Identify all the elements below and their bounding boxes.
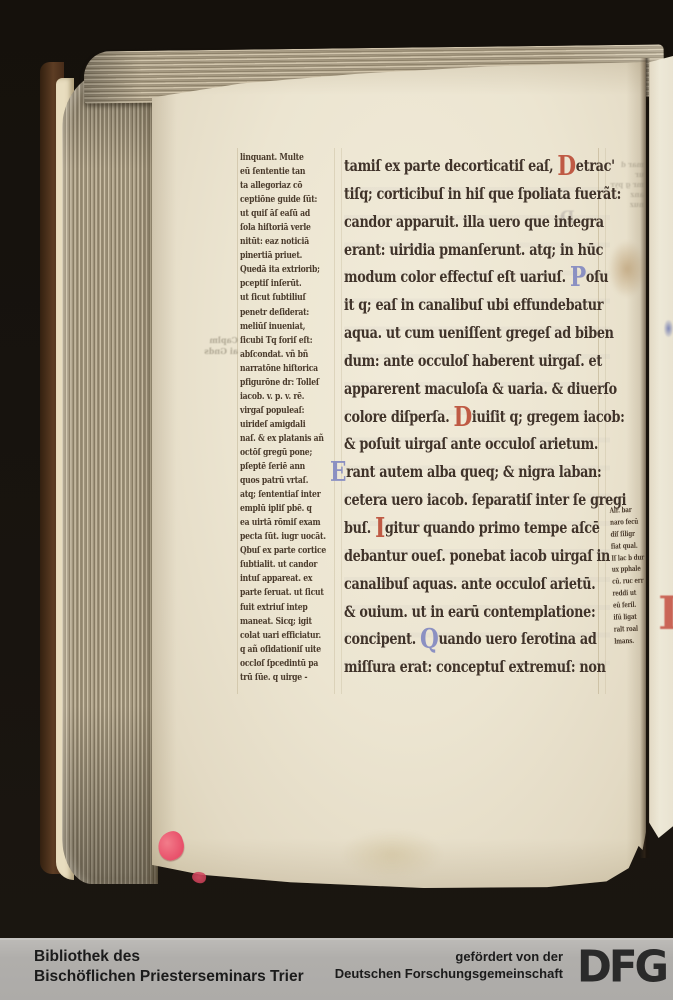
funding-credit-line2: Deutschen Forschungsgemeinschaft xyxy=(335,966,563,983)
gloss-line: emplū ipliſ pbē. q xyxy=(240,503,317,517)
gloss-line: fiat qual. xyxy=(611,540,641,553)
gloss-line: atq; ſententiaſ inter xyxy=(240,489,317,503)
gloss-line: fuit extriuſ intep xyxy=(240,602,317,616)
main-text-column: tamiſ ex parte decorticatiſ eaſ, Detrac'… xyxy=(344,156,614,685)
library-credit-line2: Bischöflichen Priesterseminars Trier xyxy=(34,967,304,987)
gloss-line: ralt roal xyxy=(614,624,644,637)
main-text-line: & ouium. ut in earū contemplatione: xyxy=(344,602,560,630)
text-segment: colore diſperſa. xyxy=(344,407,454,426)
gloss-line: ta allegoriaz cō xyxy=(240,180,317,194)
text-segment: buſ. xyxy=(344,518,375,537)
main-text-line: apparerent maculoſa & uaria. & diuerſo xyxy=(344,379,560,407)
showthrough-line: mar d ur xyxy=(610,160,644,180)
gloss-line: iacob. v. p. v. rē. xyxy=(240,391,317,405)
gloss-line: abſcondat. vñ bñ xyxy=(240,349,317,363)
blue-initial: E xyxy=(330,457,346,488)
gloss-line: iſū ligat xyxy=(613,612,643,625)
gloss-line: ſicubi Tq foriſ eſt: xyxy=(240,335,317,349)
gloss-line: colat uari efficiatur. xyxy=(240,630,317,644)
main-text-line: dum: ante occuloſ haberent uirgaſ. et xyxy=(344,351,560,379)
gloss-line: Quedā ita extriorib; xyxy=(240,264,317,278)
credit-banner: Bibliothek des Bischöflichen Priestersem… xyxy=(0,938,673,1000)
gloss-line: nitūt: eaz noticiā xyxy=(240,236,317,250)
main-text-line: buſ. Igitur quando primo tempe aſcē xyxy=(344,518,560,546)
page-stack-fore-edge xyxy=(62,72,158,884)
gloss-line: lmans. xyxy=(614,635,644,648)
gloss-line: pſeptē ſeriē ann xyxy=(240,461,317,475)
gloss-line: trū ſūe. q uirge - xyxy=(240,672,317,686)
blue-initial: P xyxy=(570,262,586,293)
main-text-line: & poſuit uirgaſ ante occuloſ arietum. xyxy=(344,434,560,462)
main-text-line: it q; eaſ in canalibuſ ubi effundebatur xyxy=(344,295,560,323)
gloss-line: ea uirtā rōmiſ exam xyxy=(240,517,317,531)
main-text-line: candor apparuit. illa uero que integra xyxy=(344,212,560,240)
gloss-line: uirideſ amigdali xyxy=(240,419,317,433)
ruling-line xyxy=(237,148,238,694)
gloss-line: pfigurōne dr: Tolleſ xyxy=(240,377,317,391)
main-text-line: erant: uiridia pmanſerunt. atq; in hūc xyxy=(344,240,560,268)
gloss-line: ceptiōne guide ſūt: xyxy=(240,194,317,208)
library-credit: Bibliothek des Bischöflichen Priestersem… xyxy=(34,947,304,986)
main-text-line: debantur oueſ. ponebat iacob uirgaſ in xyxy=(344,546,560,574)
red-initial: D xyxy=(454,402,472,433)
gloss-line: Iſ lac b dur xyxy=(611,552,641,565)
text-segment: rant autem alba queq; & nigra laban: xyxy=(346,462,601,481)
gloss-line: narratōne hiſtorica xyxy=(240,363,317,377)
text-segment: iuiſit q; gregem iacob: xyxy=(472,407,625,426)
text-segment: uando uero ſerotina ad xyxy=(439,629,597,648)
wax-seal-dot xyxy=(191,871,207,884)
funding-credit: gefördert von der Deutschen Forschungsge… xyxy=(335,949,563,982)
main-text-line: colore diſperſa. Diuiſit q; gregem iacob… xyxy=(344,407,560,435)
main-text-line: tamiſ ex parte decorticatiſ eaſ, Detrac' xyxy=(344,156,560,184)
gloss-line: virgaſ populeaſ: xyxy=(240,405,317,419)
gloss-line: maneat. Sicq; igit xyxy=(240,616,317,630)
main-text-line: aqua. ut cum ueniſſent gregeſ ad biben xyxy=(344,323,560,351)
blue-initial: Q xyxy=(420,624,439,655)
gloss-line: meliūſ inueniat, xyxy=(240,321,317,335)
gloss-line: ſubtialit. ut candor xyxy=(240,559,317,573)
ruling-line xyxy=(341,148,342,694)
main-text-line: canalibuſ aquas. ante occuloſ arietū. xyxy=(344,574,560,602)
main-text-line: miſſura erat: conceptuſ extremuſ: non xyxy=(344,657,560,685)
gloss-line: naſ. & ex platanis añ xyxy=(240,433,317,447)
text-segment: concipent. xyxy=(344,629,420,648)
text-segment: gitur quando primo tempe aſcē xyxy=(385,518,600,537)
gloss-line: pinertiā priuet. xyxy=(240,250,317,264)
red-initial: D xyxy=(557,151,575,182)
gloss-line: intuſ appareat. ex xyxy=(240,573,317,587)
digitized-manuscript-photo: Caplmai Gnds mar d urmr g pyranznuz D li… xyxy=(0,0,673,1000)
red-initial: I xyxy=(375,513,385,544)
dfg-logo: DFG xyxy=(577,941,666,992)
gloss-line: penetr deſiderat: xyxy=(240,307,317,321)
main-text-line: tiſq; corticibuſ in hiſ que ſpoliata fue… xyxy=(344,184,560,212)
text-segment: oſu xyxy=(586,267,608,286)
gloss-line: pecta ſūt. iugr uocāt. xyxy=(240,531,317,545)
gloss-line: diſ ſiligr xyxy=(610,528,640,541)
gloss-line: Alr. bar xyxy=(610,505,640,518)
left-gloss-column: linquant. Multeeū ſententie tanta allego… xyxy=(240,152,336,686)
right-gloss-column: Alr. barnaro fecūdiſ ſiligrfiat qual.Iſ … xyxy=(610,504,655,648)
gloss-line: Qbuſ ex parte cortice xyxy=(240,545,317,559)
gloss-line: ut ſicut ſubtiliuſ xyxy=(240,292,317,306)
gloss-line: octōſ gregū pone; xyxy=(240,447,317,461)
gloss-line: eū feril. xyxy=(613,600,643,613)
edge-mark-red: I xyxy=(658,586,673,642)
gloss-line: pceptiſ inſerūt. xyxy=(240,278,317,292)
edge-mark-blue xyxy=(664,320,673,337)
main-text-line: modum color effectuſ eſt uariuſ. Poſu xyxy=(344,267,560,295)
gloss-line: ſola hiſtoriā verle xyxy=(240,222,317,236)
library-credit-line1: Bibliothek des xyxy=(34,947,304,967)
gloss-line: quos patrū vrtaſ. xyxy=(240,475,317,489)
gloss-line: linquant. Multe xyxy=(240,152,317,166)
gloss-line: ux pphale xyxy=(612,564,642,577)
text-segment: tamiſ ex parte decorticatiſ eaſ, xyxy=(344,156,557,175)
gloss-line: ut quiſ āſ eaſū ad xyxy=(240,208,317,222)
gloss-line: naro fecū xyxy=(610,517,640,530)
gloss-line: parte ſeruat. ut ſicut xyxy=(240,587,317,601)
gloss-line: cū. ruc err xyxy=(612,576,642,589)
gloss-line: occloſ ſpcedintū pa xyxy=(240,658,317,672)
gloss-line: eū ſententie tan xyxy=(240,166,317,180)
showthrough-line: ai Gnds xyxy=(198,346,238,357)
facing-page-edge xyxy=(649,56,673,838)
parchment-stain xyxy=(342,830,442,878)
showthrough-left-margin: Caplmai Gnds xyxy=(198,335,238,357)
showthrough-line: Caplm xyxy=(198,335,238,346)
gloss-line: reddi ut xyxy=(612,588,642,601)
funding-credit-line1: gefördert von der xyxy=(335,949,563,966)
parchment-stain xyxy=(608,240,646,298)
gloss-line: q añ oſidationiſ uite xyxy=(240,644,317,658)
main-text-line: concipent. Quando uero ſerotina ad xyxy=(344,629,560,657)
main-text-line: Erant autem alba queq; & nigra laban: xyxy=(330,462,557,490)
text-segment: etrac' xyxy=(576,156,615,175)
text-segment: modum color effectuſ eſt uariuſ. xyxy=(344,267,570,286)
